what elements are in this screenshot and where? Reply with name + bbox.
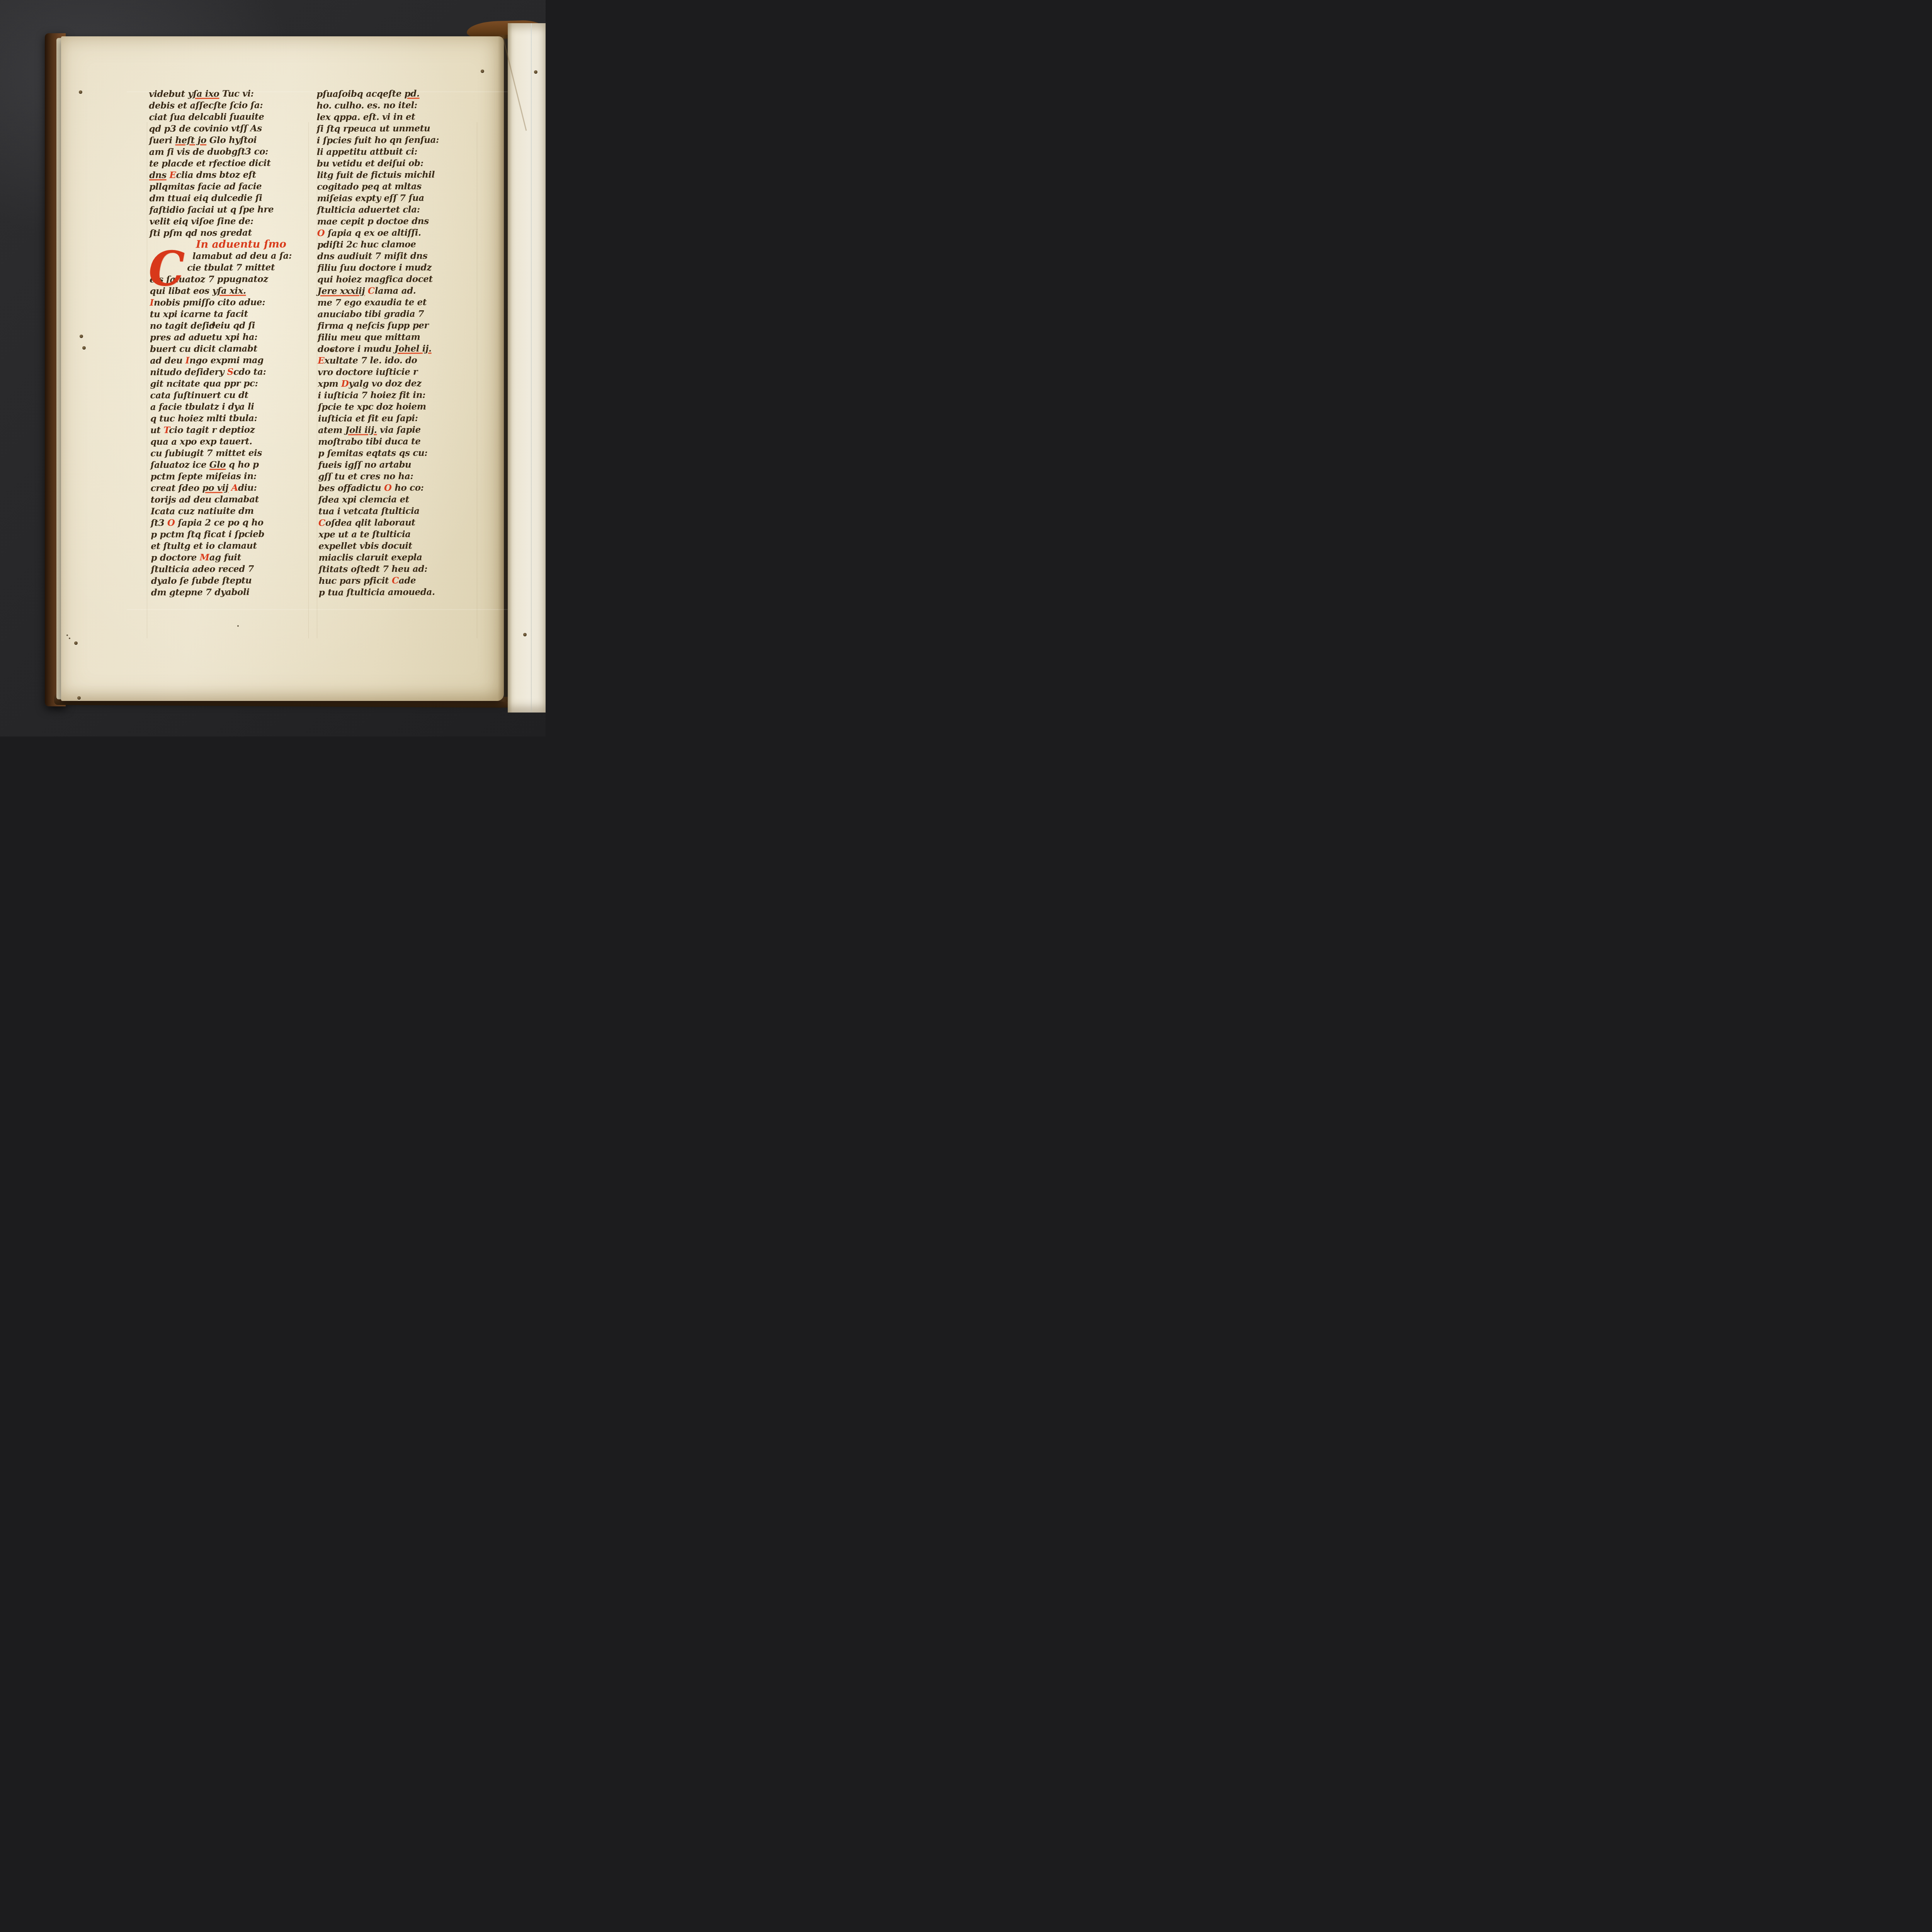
text-line: buert cu dicit clamabt	[150, 343, 308, 355]
text-line: p tua ſtulticia amoueda.	[319, 586, 477, 599]
rubricated-letter: A	[231, 483, 238, 493]
wormhole	[74, 641, 78, 645]
wormhole	[534, 70, 537, 74]
text-line: iuſticia et fit eu ſapi:	[318, 412, 476, 425]
text-line: dm ttuai eiq dulcedie ſi	[149, 192, 308, 204]
text-line: litg fuit de fictuis michil	[317, 169, 475, 181]
text-segment: filiu ſuu doctore i mudz	[317, 262, 432, 273]
rubricated-letter: E	[318, 355, 324, 366]
text-line: cu ſubiugit 7 mittet eis	[150, 447, 309, 459]
text-line: dm gtepne 7 dyaboli	[151, 586, 310, 599]
text-line: dyalo ſe ſubde ſteptu	[151, 575, 310, 587]
text-segment: vro doctore iuſticie r	[318, 367, 418, 378]
text-line: debis et aſſecſte ſcio ſa:	[149, 99, 307, 112]
text-segment: p tua ſtulticia amoueda.	[319, 587, 435, 598]
ink-speck	[66, 634, 68, 636]
text-segment: git ncitate qua ppr pc:	[150, 378, 258, 389]
rubricated-letter: M	[200, 552, 209, 563]
text-segment: a facie tbulatz i dya li	[150, 401, 254, 412]
red-underlined-citation: Glo	[209, 459, 226, 470]
text-line: a facie tbulatz i dya li	[150, 401, 309, 413]
ruling-line	[147, 122, 147, 638]
text-segment: miaclis claruit exepla	[318, 552, 422, 563]
text-segment: p ſemitas eqtats qs cu:	[318, 448, 427, 459]
text-line: dns Eclia dms btoz eſt	[149, 169, 308, 181]
text-segment: ſt3	[151, 518, 167, 528]
text-segment: doctore i mudu	[318, 344, 395, 354]
text-line: creat ſdeo po vij Adiu:	[151, 482, 309, 494]
text-line: moſtrabo tibi duca te	[318, 435, 476, 448]
text-segment: mae cepit p doctoe dns	[317, 216, 429, 227]
text-line: qui hoiez magfica docet	[317, 273, 476, 286]
text-line: bu vetidu et deiſui ob:	[317, 157, 475, 170]
text-segment: ad deu	[150, 355, 185, 366]
ink-speck	[69, 638, 70, 639]
text-segment: pctm ſepte miſeias in:	[150, 471, 256, 482]
text-segment: nobis pmiſſo cito adue:	[154, 297, 265, 308]
text-line: faſtidio ſaciai ut q ſpe hre	[149, 204, 308, 216]
text-segment: te placde et rfectioe dicit	[149, 158, 270, 169]
text-segment: cogitado peq at mltas	[317, 181, 422, 192]
text-line: ſtulticia aduertet cla:	[317, 204, 475, 216]
wormhole	[523, 633, 527, 636]
text-line: ſt3 O ſapia 2 ce po q ho	[151, 517, 309, 529]
text-line: ſtitats oſtedt 7 heu ad:	[318, 563, 477, 575]
red-underlined-citation: Johel ij.	[395, 344, 432, 354]
text-segment: nitudo deſidery	[150, 367, 227, 378]
wormhole	[80, 335, 83, 338]
text-segment: no tagit deſideiu qd ſi	[150, 320, 255, 331]
red-underlined-citation: yſa ixo	[188, 88, 219, 99]
text-line: pdiſti 2c huc clamoe	[317, 238, 476, 251]
text-segment: clia dms btoz eſt	[176, 170, 256, 180]
text-segment: miſeias expty eſſ 7 ſua	[317, 193, 424, 204]
text-segment: ſaluatoz ice	[150, 459, 209, 470]
text-line: bes offadictu O ho co:	[318, 482, 477, 494]
text-segment: ciat ſua delcabli ſuauite	[149, 112, 264, 122]
text-segment: debis et aſſecſte ſcio ſa:	[149, 100, 263, 111]
red-underlined-citation: dns	[149, 170, 167, 180]
text-segment: q ho p	[226, 459, 259, 470]
rubricated-letter: In aduentu ſmo	[196, 238, 286, 250]
text-segment: pſuaſoibq acqeſte	[316, 88, 404, 99]
text-line: Inobis pmiſſo cito adue:	[150, 296, 308, 309]
right-text-column: pſuaſoibq acqeſte pd.ho. culho. es. no i…	[316, 88, 477, 599]
text-line: ſi ſtq rpeuca ut unmetu	[317, 122, 475, 135]
wormhole	[82, 346, 86, 350]
text-segment: ſdea xpi clemcia et	[318, 494, 409, 505]
text-segment: huc pars pficit	[319, 575, 392, 586]
text-segment: moſtrabo tibi duca te	[318, 436, 421, 447]
text-segment: ſapia q ex oe altiſſi.	[325, 228, 421, 238]
text-segment: pllqmitas facie ad facie	[149, 181, 262, 192]
text-segment: firma q neſcis ſupp per	[318, 320, 429, 331]
drop-cap-initial: C	[148, 247, 185, 291]
text-line: pſuaſoibq acqeſte pd.	[316, 88, 475, 100]
text-line: ciat ſua delcabli ſuauite	[149, 111, 307, 123]
text-segment: xpm	[318, 379, 341, 389]
text-line: torijs ad deu clamabat	[151, 493, 309, 506]
text-segment: lama ad.	[375, 286, 416, 296]
text-segment: ade	[399, 575, 416, 586]
text-segment: filiu meu que mittam	[318, 332, 420, 343]
text-line: am ſi vis de duobgſt3 co:	[149, 146, 308, 158]
wormhole	[77, 696, 81, 700]
text-line: velit eiq viſoe ſine de:	[150, 215, 308, 228]
text-line: tu xpi icarne ta facit	[150, 308, 308, 320]
text-line: dns audiuit 7 miſit dns	[317, 250, 476, 262]
text-segment: dm gtepne 7 dyaboli	[151, 587, 250, 598]
text-segment: anuciabo tibi gradia 7	[318, 309, 424, 320]
text-segment: atem	[318, 425, 345, 435]
text-line: q tuc hoiez mlti tbula:	[150, 412, 309, 425]
rubricated-letter: D	[341, 379, 349, 389]
wormhole	[481, 70, 484, 73]
text-line: ſtulticia adeo reced 7	[151, 563, 309, 575]
rubricated-letter: S	[227, 367, 233, 377]
text-segment: videbut	[149, 88, 188, 99]
text-segment: ho. culho. es. no itel:	[316, 100, 417, 111]
text-line: O ſapia q ex oe altiſſi.	[317, 227, 476, 239]
text-line: ſpcie te xpc doz hoiem	[318, 401, 476, 413]
text-segment: tua i vetcata ſtulticia	[318, 506, 420, 517]
text-segment: dyalo ſe ſubde ſteptu	[151, 575, 252, 586]
text-segment: buert cu dicit clamabt	[150, 344, 257, 354]
text-line: miſeias expty eſſ 7 ſua	[317, 192, 475, 204]
text-segment: faſtidio ſaciai ut q ſpe hre	[149, 204, 274, 215]
text-segment: ſueri	[149, 135, 175, 146]
text-segment: p doctore	[151, 552, 199, 563]
text-segment: ſtulticia adeo reced 7	[151, 564, 254, 575]
text-line: fueis igſſ no artabu	[318, 459, 476, 471]
text-line: te placde et rfectioe dicit	[149, 157, 308, 170]
text-segment: via ſapie	[377, 425, 420, 435]
text-segment: qua a xpo exp tauert.	[150, 436, 252, 447]
text-segment: ſapia 2 ce po q ho	[175, 517, 264, 528]
rubricated-letter: O	[167, 518, 175, 528]
text-line: Icata cuz natiuite dm	[151, 505, 309, 517]
rubricated-letter: I	[185, 355, 189, 366]
text-line: filiu ſuu doctore i mudz	[317, 262, 476, 274]
text-segment: p pctm ſtq ficat i ſpcieb	[151, 529, 264, 540]
text-line: li appetitu attbuit ci:	[317, 146, 475, 158]
text-line: vro doctore iuſticie r	[318, 366, 476, 378]
horizontal-crease	[127, 609, 546, 610]
text-segment: yalg vo doz dez	[349, 378, 421, 389]
text-segment: ſtitats oſtedt 7 heu ad:	[318, 564, 427, 575]
text-segment: fueis igſſ no artabu	[318, 459, 411, 470]
text-line: doctore i mudu Johel ij.	[318, 343, 476, 355]
text-line: pctm ſepte miſeias in:	[150, 470, 309, 483]
text-segment: oſdea qlit laboraut	[325, 517, 415, 528]
red-underlined-citation: yſa xix.	[212, 286, 246, 296]
wormhole	[79, 90, 82, 94]
text-line: git ncitate qua ppr pc:	[150, 378, 308, 390]
text-segment: iuſticia et fit eu ſapi:	[318, 413, 418, 424]
text-segment: expellet vbis docuit	[318, 541, 412, 551]
text-line: et ſtultg et io clamaut	[151, 540, 309, 552]
text-segment: lex qppa. eſt. vi in et	[316, 112, 415, 122]
red-underlined-citation: pd.	[404, 88, 419, 99]
text-segment: i ſpcies fuit ho qn ſenſua:	[317, 135, 439, 146]
text-segment: li appetitu attbuit ci:	[317, 146, 417, 157]
text-line: xpm Dyalg vo doz dez	[318, 378, 476, 390]
text-line: pres ad aduetu xpi ha:	[150, 331, 308, 344]
text-segment: am ſi vis de duobgſt3 co:	[149, 146, 268, 157]
text-segment: cio tagit r deptioz	[169, 425, 255, 435]
text-line: p ſemitas eqtats qs cu:	[318, 447, 476, 459]
text-segment: lamabut ad deu a ſa:	[192, 250, 292, 261]
text-segment: torijs ad deu clamabat	[151, 494, 259, 505]
text-line: ho. culho. es. no itel:	[316, 99, 475, 112]
text-segment: bu vetidu et deiſui ob:	[317, 158, 423, 169]
text-line: tua i vetcata ſtulticia	[318, 505, 477, 517]
photograph-background: videbut yſa ixo Tuc vi:debis et aſſecſte…	[0, 0, 546, 736]
text-line: anuciabo tibi gradia 7	[318, 308, 476, 320]
rubricated-letter: O	[384, 483, 392, 493]
text-segment: cie tbulat 7 mittet	[187, 262, 275, 273]
red-underlined-citation: heſt jo	[175, 135, 206, 145]
text-segment: ho co:	[391, 483, 423, 493]
text-segment: q tuc hoiez mlti tbula:	[150, 413, 257, 424]
text-line: cogitado peq at mltas	[317, 180, 475, 193]
text-segment: ngo expmi mag	[189, 355, 264, 366]
text-segment: et ſtultg et io clamaut	[151, 541, 257, 551]
text-segment: litg fuit de fictuis michil	[317, 170, 435, 180]
text-line: no tagit deſideiu qd ſi	[150, 320, 308, 332]
text-segment: cdo ta:	[233, 367, 266, 377]
text-segment: xultate 7 le. ido. do	[324, 355, 417, 366]
text-segment: diu:	[238, 483, 257, 493]
text-line: cata ſuſtinuert cu dt	[150, 389, 309, 401]
text-line: me 7 ego exaudia te et	[317, 296, 476, 309]
text-line: ſdea xpi clemcia et	[318, 493, 477, 506]
text-segment: pres ad aduetu xpi ha:	[150, 332, 257, 343]
leaf-edge-line	[531, 23, 532, 713]
ink-speck	[237, 625, 239, 627]
text-line: atem Joli iij. via ſapie	[318, 424, 476, 436]
text-segment: ut	[150, 425, 163, 435]
red-underlined-citation: Jere xxxiij	[317, 286, 365, 296]
text-segment: ſpcie te xpc doz hoiem	[318, 401, 426, 412]
text-line: qua a xpo exp tauert.	[150, 435, 309, 448]
text-segment: me 7 ego exaudia te et	[317, 297, 427, 308]
left-text-column: videbut yſa ixo Tuc vi:debis et aſſecſte…	[149, 88, 310, 599]
text-line: nitudo deſidery Scdo ta:	[150, 366, 308, 378]
text-line: lex qppa. eſt. vi in et	[316, 111, 475, 123]
text-segment: cata ſuſtinuert cu dt	[150, 390, 248, 401]
text-segment: i iuſticia 7 hoiez fit in:	[318, 390, 426, 401]
text-line: pllqmitas facie ad facie	[149, 180, 308, 193]
next-leaf-fore-edge	[508, 23, 546, 713]
text-segment: ſtulticia aduertet cla:	[317, 204, 420, 215]
gutter-fold-shadow	[498, 35, 508, 702]
text-line: expellet vbis docuit	[318, 540, 477, 552]
text-line: mae cepit p doctoe dns	[317, 215, 476, 228]
red-underlined-citation: po vij	[202, 483, 228, 493]
text-segment: ſi ſtq rpeuca ut unmetu	[317, 123, 430, 134]
text-segment: velit eiq viſoe ſine de:	[150, 216, 253, 227]
rubricated-letter: C	[318, 518, 325, 528]
text-line: Coſdea qlit laboraut	[318, 517, 477, 529]
text-line: miaclis claruit exepla	[318, 551, 477, 564]
text-line: ſaluatoz ice Glo q ho p	[150, 459, 309, 471]
text-segment: ag fuit	[209, 552, 241, 563]
text-line: huc pars pficit Cade	[319, 575, 477, 587]
text-segment: dm ttuai eiq dulcedie ſi	[149, 193, 262, 204]
text-segment: cu ſubiugit 7 mittet eis	[150, 448, 262, 459]
text-line: filiu meu que mittam	[318, 331, 476, 344]
text-segment	[228, 483, 231, 493]
text-segment: creat ſdeo	[151, 483, 202, 493]
rubricated-letter: C	[392, 575, 399, 586]
text-line: ad deu Ingo expmi mag	[150, 354, 308, 367]
rubricated-letter: I	[150, 298, 153, 308]
text-segment: Glo hyſtoi	[206, 135, 257, 146]
text-line: p doctore Mag fuit	[151, 551, 309, 564]
text-segment: xpe ut a te ſtulticia	[318, 529, 411, 540]
text-line: ſti pſm qd nos gredat	[150, 227, 308, 239]
text-line: firma q neſcis ſupp per	[318, 320, 476, 332]
text-line: i iuſticia 7 hoiez fit in:	[318, 389, 476, 401]
text-line: gſſ tu et cres no ha:	[318, 470, 476, 483]
rubricated-letter: O	[317, 228, 325, 238]
text-segment: bes offadictu	[318, 483, 384, 493]
text-line: Jere xxxiij Clama ad.	[317, 285, 476, 297]
text-segment: Tuc vi:	[219, 88, 253, 99]
text-line: ſueri heſt jo Glo hyſtoi	[149, 134, 308, 146]
text-line: Exultate 7 le. ido. do	[318, 354, 476, 367]
text-segment: dns audiuit 7 miſit dns	[317, 251, 427, 262]
text-line: p pctm ſtq ficat i ſpcieb	[151, 528, 309, 541]
text-segment: qui hoiez magfica docet	[317, 274, 433, 285]
text-line: ut Tcio tagit r deptioz	[150, 424, 309, 436]
text-segment: Icata cuz natiuite dm	[151, 506, 254, 517]
text-line: videbut yſa ixo Tuc vi:	[149, 88, 307, 100]
rubricated-letter: C	[368, 286, 375, 296]
text-segment: tu xpi icarne ta facit	[150, 309, 248, 320]
text-line: qd p3 de covinio vtſſ As	[149, 122, 308, 135]
text-segment: qd p3 de covinio vtſſ As	[149, 123, 262, 134]
text-line: xpe ut a te ſtulticia	[318, 528, 477, 541]
text-line: i ſpcies fuit ho qn ſenſua:	[317, 134, 475, 146]
rubricated-letter: T	[163, 425, 169, 435]
text-segment: gſſ tu et cres no ha:	[318, 471, 413, 482]
rubricated-letter: E	[169, 170, 176, 180]
red-underlined-citation: Joli iij.	[345, 425, 377, 435]
text-segment: pdiſti 2c huc clamoe	[317, 239, 416, 250]
text-segment: ſti pſm qd nos gredat	[150, 228, 252, 238]
